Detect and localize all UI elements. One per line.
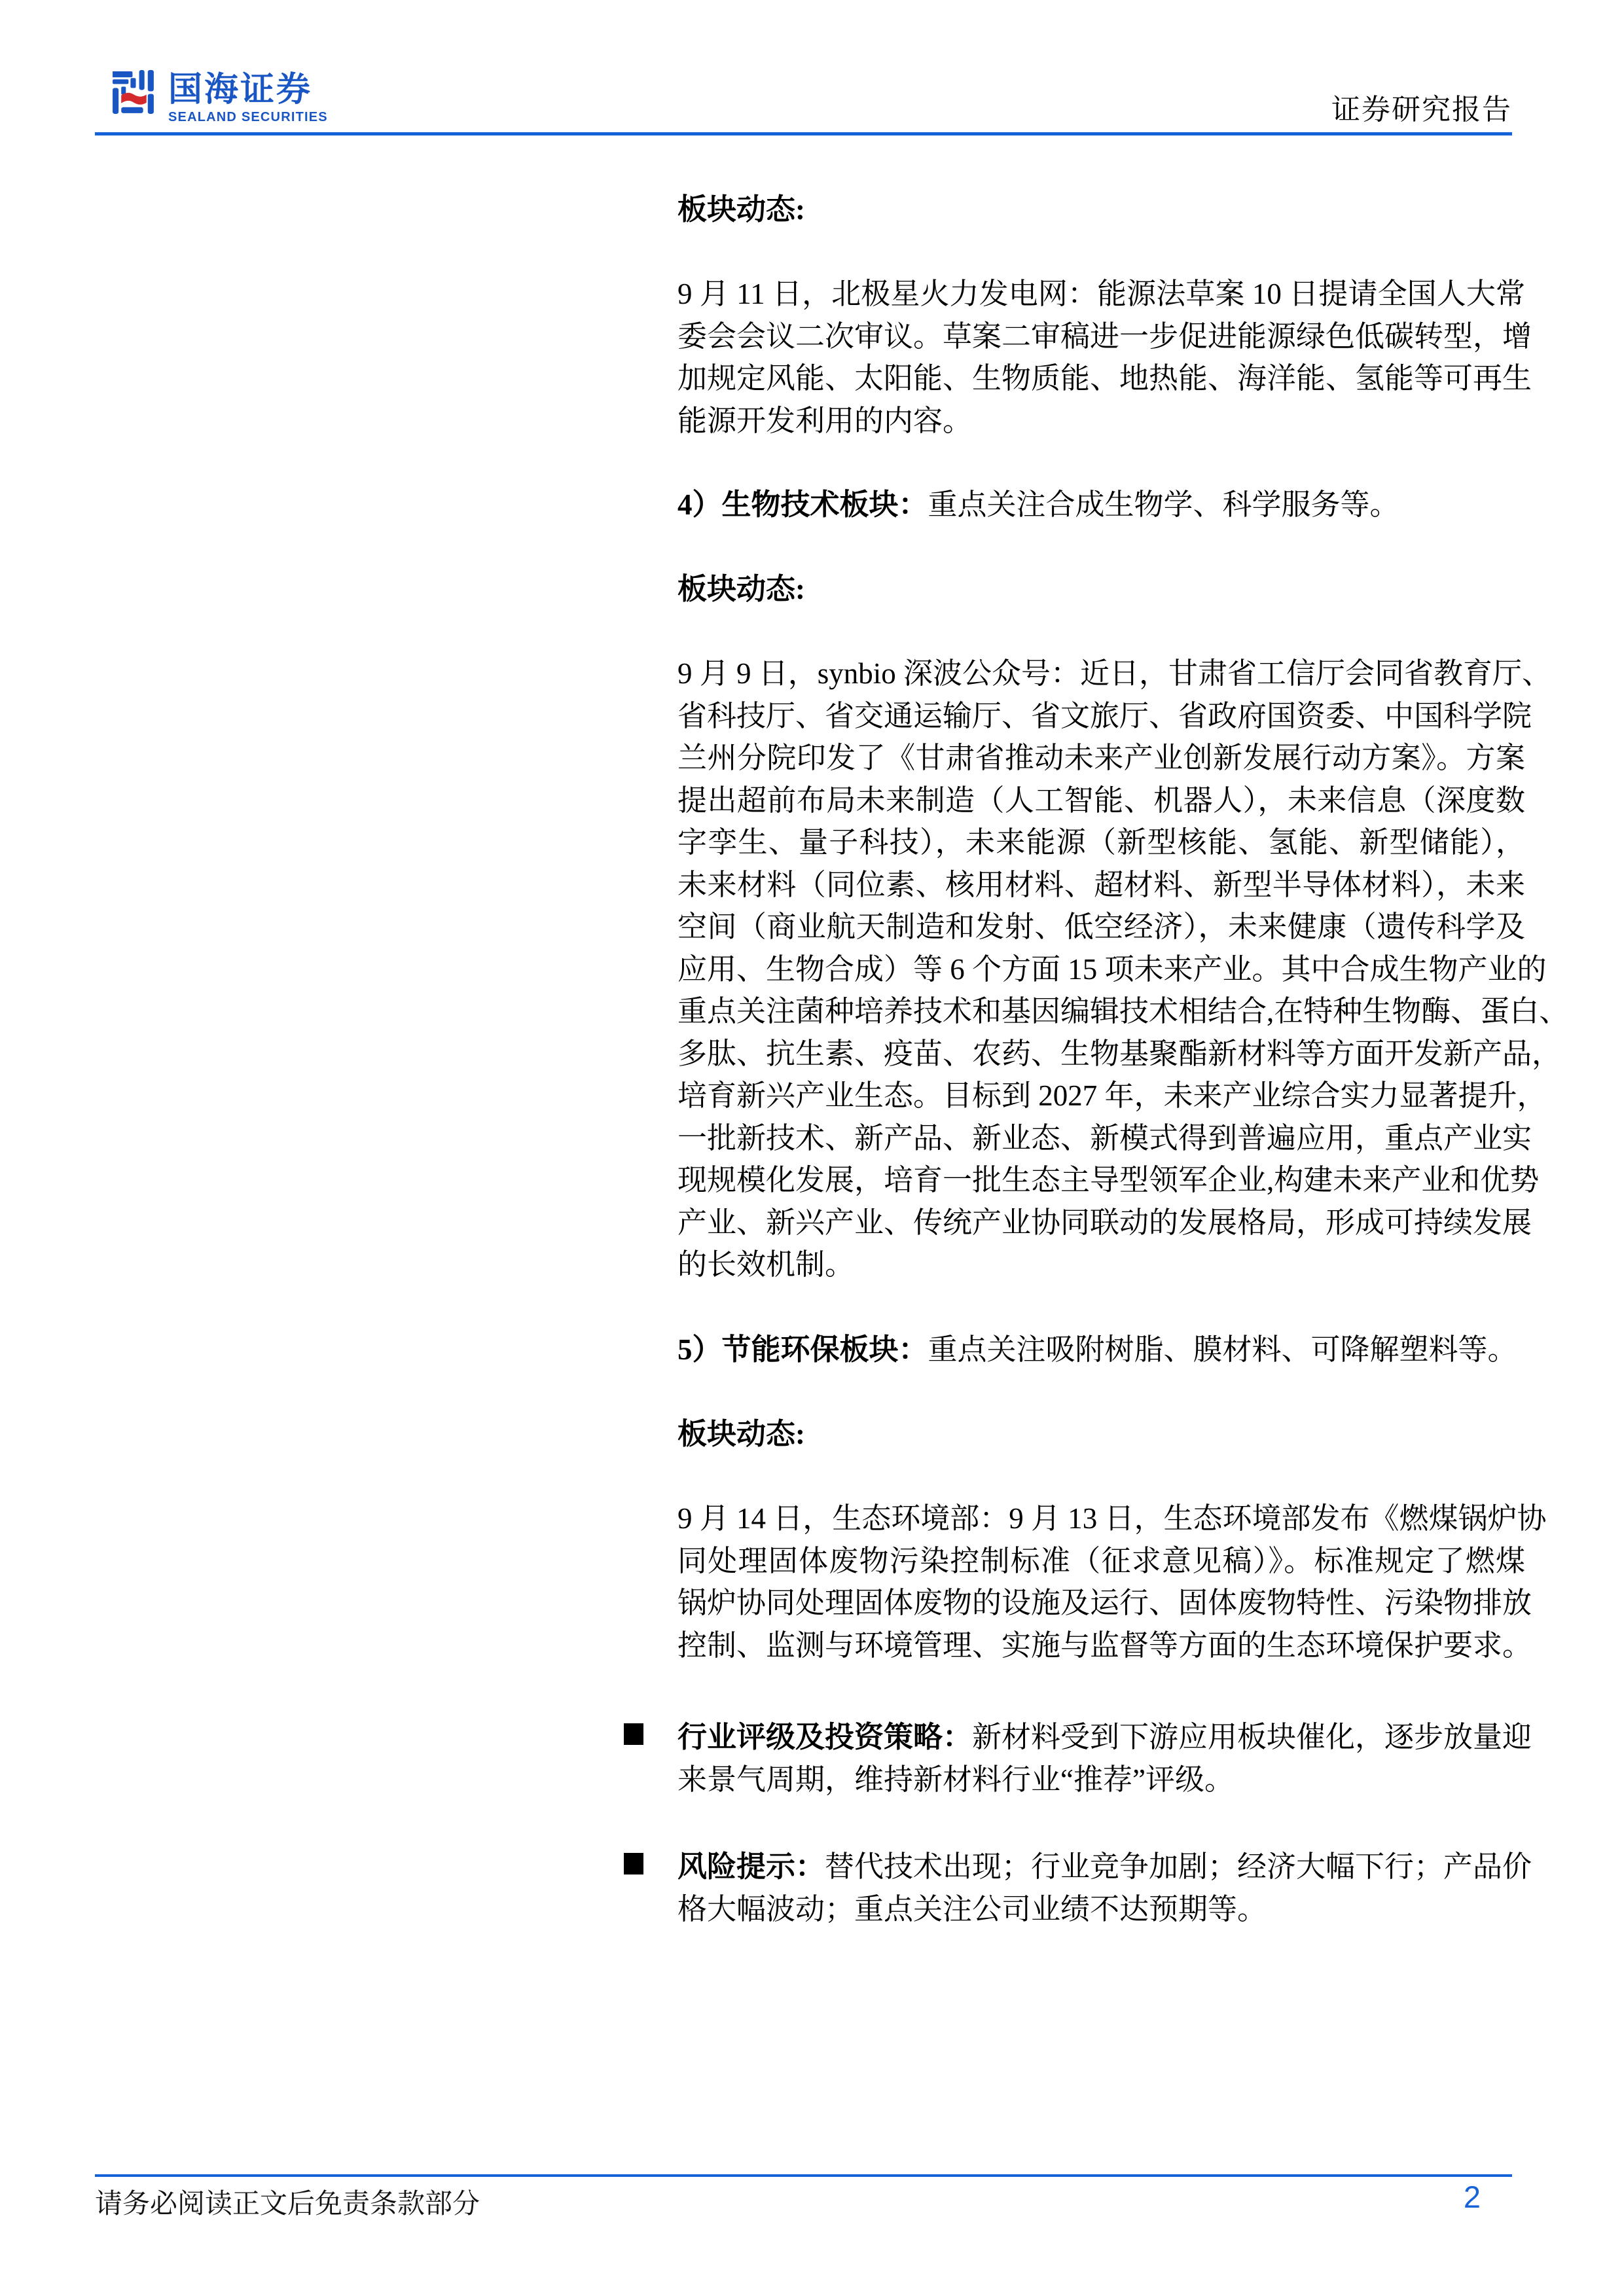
section-heading-envprotect-bold: 5）节能环保板块： [677,1333,928,1366]
text-line: 未来材料（同位素、核用材料、超材料、新型半导体材料），未来 [677,864,1525,906]
section-heading-envprotect-rest: 重点关注吸附树脂、膜材料、可降解塑料等。 [928,1333,1517,1366]
text-line: 格大幅波动；重点关注公司业绩不达预期等。 [677,1888,1525,1931]
section-heading-dynamics-3: 板块动态: [677,1413,1525,1456]
text-line: 风险提示：替代技术出现；行业竞争加剧；经济大幅下行；产品价 [677,1846,1525,1888]
logo-name-cn: 国海证券 [168,73,328,107]
text-line: 9 月 14 日，生态环境部：9 月 13 日，生态环境部发布《燃煤锅炉协 [677,1498,1525,1540]
company-logo: 国海证券 SEALAND SECURITIES [111,69,328,124]
text-line: 现规模化发展，培育一批生态主导型领军企业,构建未来产业和优势 [677,1159,1525,1202]
text-line: 9 月 9 日，synbio 深波公众号：近日，甘肃省工信厅会同省教育厅、 [677,653,1525,695]
text-line: 锅炉协同处理固体废物的设施及运行、固体废物特性、污染物排放 [677,1582,1525,1624]
section-heading-biotech-rest: 重点关注合成生物学、科学服务等。 [928,488,1399,521]
section-heading-envprotect: 5）节能环保板块：重点关注吸附树脂、膜材料、可降解塑料等。 [677,1329,1525,1371]
text-line: 重点关注菌种培养技术和基因编辑技术相结合,在特种生物酶、蛋白、 [677,990,1525,1033]
sealand-logo-icon [111,69,159,117]
section-heading-dynamics-2: 板块动态: [677,568,1525,611]
section-heading-biotech: 4）生物技术板块：重点关注合成生物学、科学服务等。 [677,484,1525,526]
text-line: 加规定风能、太阳能、生物质能、地热能、海洋能、氢能等可再生 [677,357,1525,400]
report-type-label: 证券研究报告 [1331,94,1512,126]
header-divider [95,132,1512,135]
bullet-square-icon: ■ [624,1853,643,1874]
text-line: 兰州分院印发了《甘肃省推动未来产业创新发展行动方案》。方案 [677,737,1525,780]
text-line: 应用、生物合成）等 6 个方面 15 项未来产业。其中合成生物产业的 [677,948,1525,991]
text-line: 产业、新兴产业、传统产业协同联动的发展格局，形成可持续发展 [677,1202,1525,1244]
section-heading-dynamics-1: 板块动态: [677,188,1525,231]
text-line: 培育新兴产业生态。目标到 2027 年，未来产业综合实力显著提升， [677,1075,1525,1117]
paragraph-gansu-plan: 9 月 9 日，synbio 深波公众号：近日，甘肃省工信厅会同省教育厅、省科技… [677,653,1525,1286]
text-line: 来景气周期，维持新材料行业“推荐”评级。 [677,1759,1525,1801]
text-line: 9 月 11 日，北极星火力发电网：能源法草案 10 日提请全国人大常 [677,273,1525,315]
paragraph-mee-standard: 9 月 14 日，生态环境部：9 月 13 日，生态环境部发布《燃煤锅炉协同处理… [677,1498,1525,1666]
text-line: 一批新技术、新产品、新业态、新模式得到普遍应用，重点产业实 [677,1117,1525,1160]
text-line: 省科技厅、省交通运输厅、省文旅厅、省政府国资委、中国科学院 [677,695,1525,738]
text-line: 多肽、抗生素、疫苗、农药、生物基聚酯新材料等方面开发新产品， [677,1033,1525,1075]
text-line: 能源开发利用的内容。 [677,400,1525,442]
text-line: 同处理固体废物污染控制标准（征求意见稿）》。标准规定了燃煤 [677,1540,1525,1583]
logo-name-en: SEALAND SECURITIES [168,111,328,124]
text-line: 控制、监测与环境管理、实施与监督等方面的生态环境保护要求。 [677,1624,1525,1667]
footer-disclaimer: 请务必阅读正文后免责条款部分 [95,2189,480,2220]
logo-text: 国海证券 SEALAND SECURITIES [168,69,328,124]
text-line: 提出超前布局未来制造（人工智能、机器人），未来信息（深度数 [677,780,1525,822]
text-line: 行业评级及投资策略：新材料受到下游应用板块催化，逐步放量迎 [677,1716,1525,1759]
text-line: 委会会议二次审议。草案二审稿进一步促进能源绿色低碳转型，增 [677,315,1525,358]
footer-divider [95,2174,1512,2177]
text-line: 的长效机制。 [677,1244,1525,1286]
paragraph-energy-law: 9 月 11 日，北极星火力发电网：能源法草案 10 日提请全国人大常委会会议二… [677,273,1525,442]
page-number: 2 [1453,2181,1491,2214]
text-line: 字孪生、量子科技），未来能源（新型核能、氢能、新型储能）， [677,821,1525,864]
bullet-industry-rating: 行业评级及投资策略：新材料受到下游应用板块催化，逐步放量迎来景气周期，维持新材料… [677,1716,1525,1801]
bullet-square-icon: ■ [624,1723,643,1745]
report-page: 国海证券 SEALAND SECURITIES 证券研究报告 板块动态: 9 月… [0,0,1624,2296]
section-heading-biotech-bold: 4）生物技术板块： [677,488,928,521]
text-line: 空间（商业航天制造和发射、低空经济），未来健康（遗传科学及 [677,906,1525,948]
bullet-risk-warning: 风险提示：替代技术出现；行业竞争加剧；经济大幅下行；产品价格大幅波动；重点关注公… [677,1846,1525,1930]
